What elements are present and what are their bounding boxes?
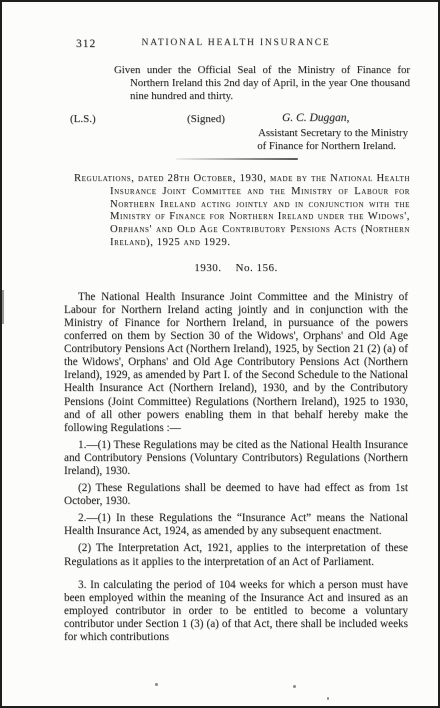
instrument-year: 1930. bbox=[194, 262, 221, 274]
attestation-text: Given under the Official Seal of the Min… bbox=[114, 64, 410, 103]
clause-paragraph-2-2: (2) The Interpretation Act, 1921, applie… bbox=[64, 542, 408, 568]
regulation-heading: Regulations, dated 28th October, 1930, m… bbox=[110, 173, 410, 250]
page-number: 312 bbox=[76, 38, 96, 50]
signatory-title-line1: Assistant Secretary to the Ministry bbox=[64, 127, 408, 140]
signatory-title: Assistant Secretary to the Ministry of F… bbox=[64, 127, 408, 152]
seal-abbreviation: (L.S.) bbox=[70, 113, 96, 125]
instrument-number: No. 156. bbox=[236, 262, 278, 274]
page-header: 312 NATIONAL HEALTH INSURANCE bbox=[64, 38, 408, 51]
signatory-title-line2: of Finance for Northern Ireland. bbox=[64, 140, 408, 153]
clause-paragraph-1-2: (2) These Regulations shall be deemed to… bbox=[64, 482, 408, 508]
signed-label: (Signed) bbox=[187, 113, 225, 125]
clause-paragraph-2: 2.—(1) In these Regulations the “Insuran… bbox=[64, 512, 408, 538]
clause-paragraph-3: 3. In calculating the period of 104 week… bbox=[64, 579, 408, 644]
signatory-name: G. C. Duggan, bbox=[282, 112, 349, 124]
scan-edge-smudge bbox=[2, 290, 4, 324]
clause-paragraph-1: 1.—(1) These Regulations may be cited as… bbox=[64, 439, 408, 478]
scan-speck bbox=[293, 685, 296, 688]
section-divider-rule bbox=[176, 158, 298, 160]
scanned-document-page: 312 NATIONAL HEALTH INSURANCE Given unde… bbox=[0, 0, 440, 708]
preamble-paragraph: The National Health Insurance Joint Comm… bbox=[64, 291, 408, 435]
running-title: NATIONAL HEALTH INSURANCE bbox=[64, 38, 408, 48]
signature-row: (L.S.) (Signed) G. C. Duggan, bbox=[64, 113, 408, 126]
scan-speck bbox=[155, 683, 158, 686]
instrument-number-line: 1930.No. 156. bbox=[64, 262, 408, 274]
scan-speck bbox=[327, 697, 329, 700]
